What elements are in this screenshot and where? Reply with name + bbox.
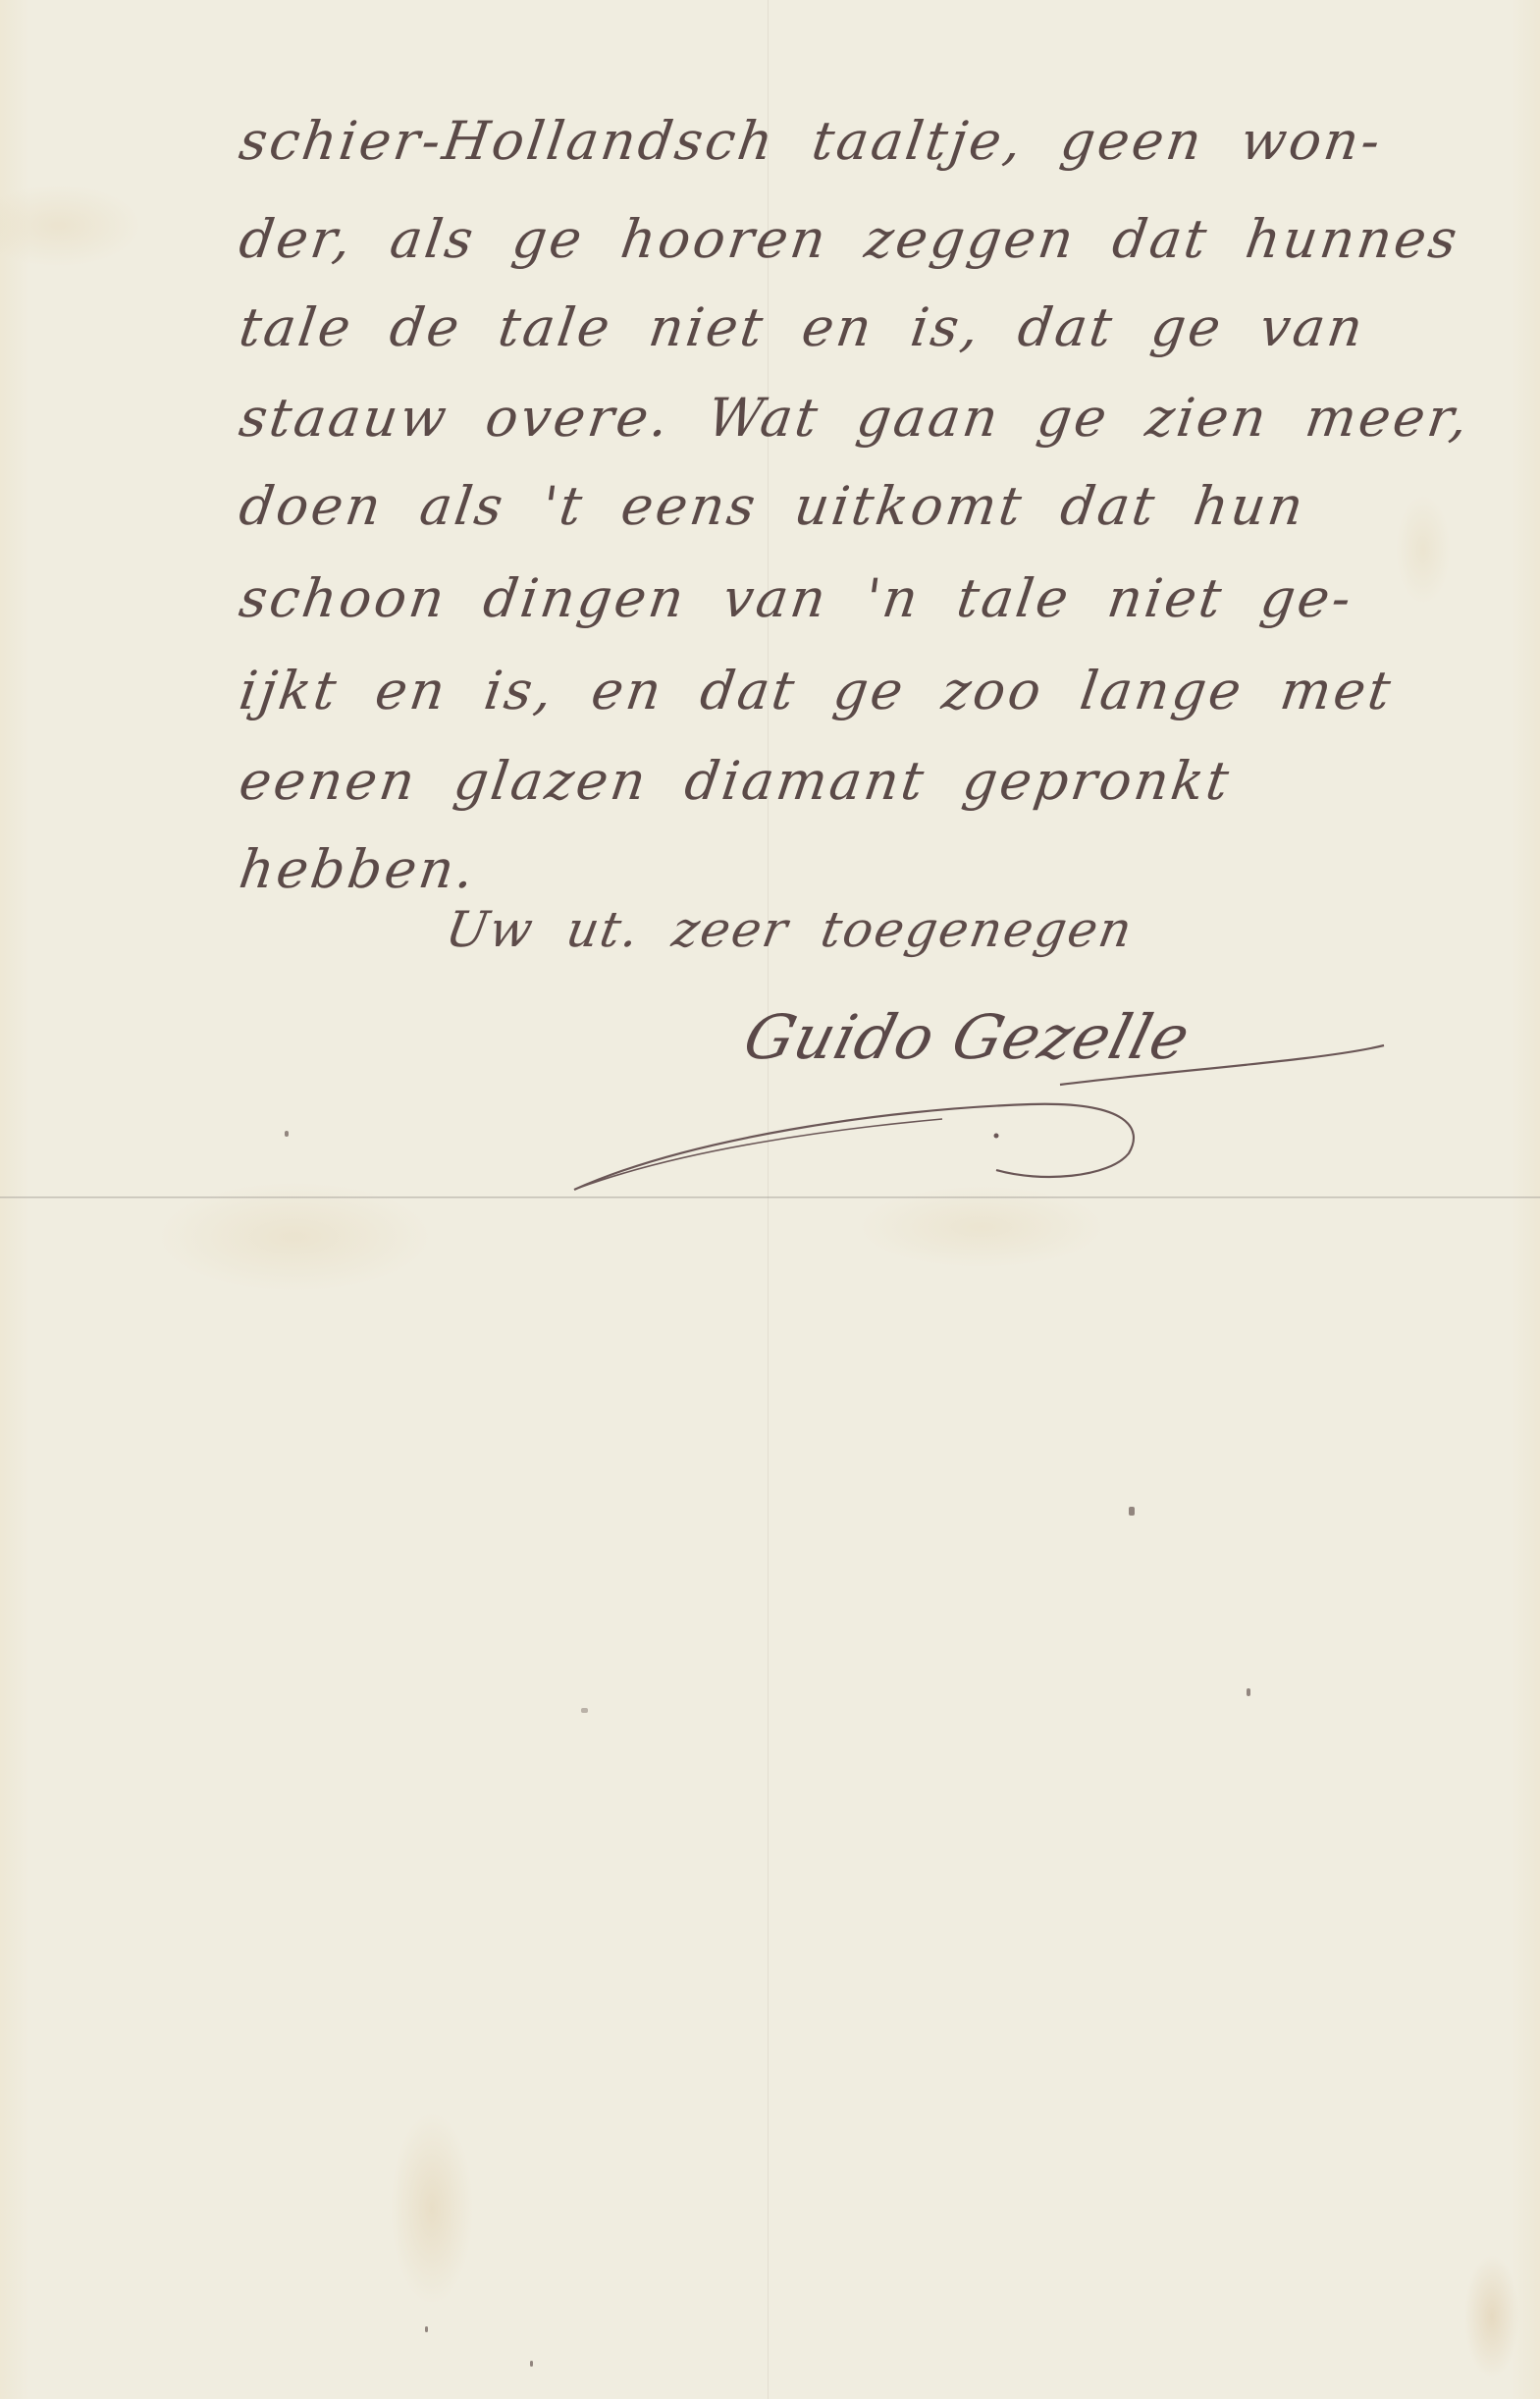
body-line: der, als ge hooren zeggen dat hunnes [236, 208, 1463, 270]
body-line: hebben. [236, 838, 481, 900]
body-line: doen als 't eens uitkomt dat hun [236, 475, 1309, 537]
ink-speck [1129, 1507, 1135, 1516]
body-line: ijkt en is, en dat ge zoo lange met [236, 660, 1397, 721]
body-line: schoon dingen van 'n tale niet ge- [236, 567, 1357, 629]
body-line: schier-Hollandsch taaltje, geen won- [236, 110, 1387, 172]
ink-speck [530, 2361, 533, 2367]
letter-page: schier-Hollandsch taaltje, geen won- der… [0, 0, 1540, 2399]
horizontal-fold-crease [0, 1197, 1540, 1199]
signature: Guido Gezelle [737, 1001, 1197, 1073]
ink-speck [425, 2326, 428, 2332]
body-line: staauw overe. Wat gaan ge zien meer, [236, 387, 1474, 449]
vertical-fold-crease [768, 0, 769, 2399]
ink-speck [1247, 1688, 1250, 1696]
body-line: tale de tale niet en is, dat ge van [236, 296, 1369, 358]
body-line: eenen glazen diamant gepronkt [236, 750, 1236, 812]
signature-flourish-icon [0, 0, 1540, 1276]
ink-speck [581, 1708, 588, 1713]
ink-speck [285, 1131, 289, 1137]
closing-salutation: Uw ut. zeer toegenegen [442, 901, 1138, 958]
